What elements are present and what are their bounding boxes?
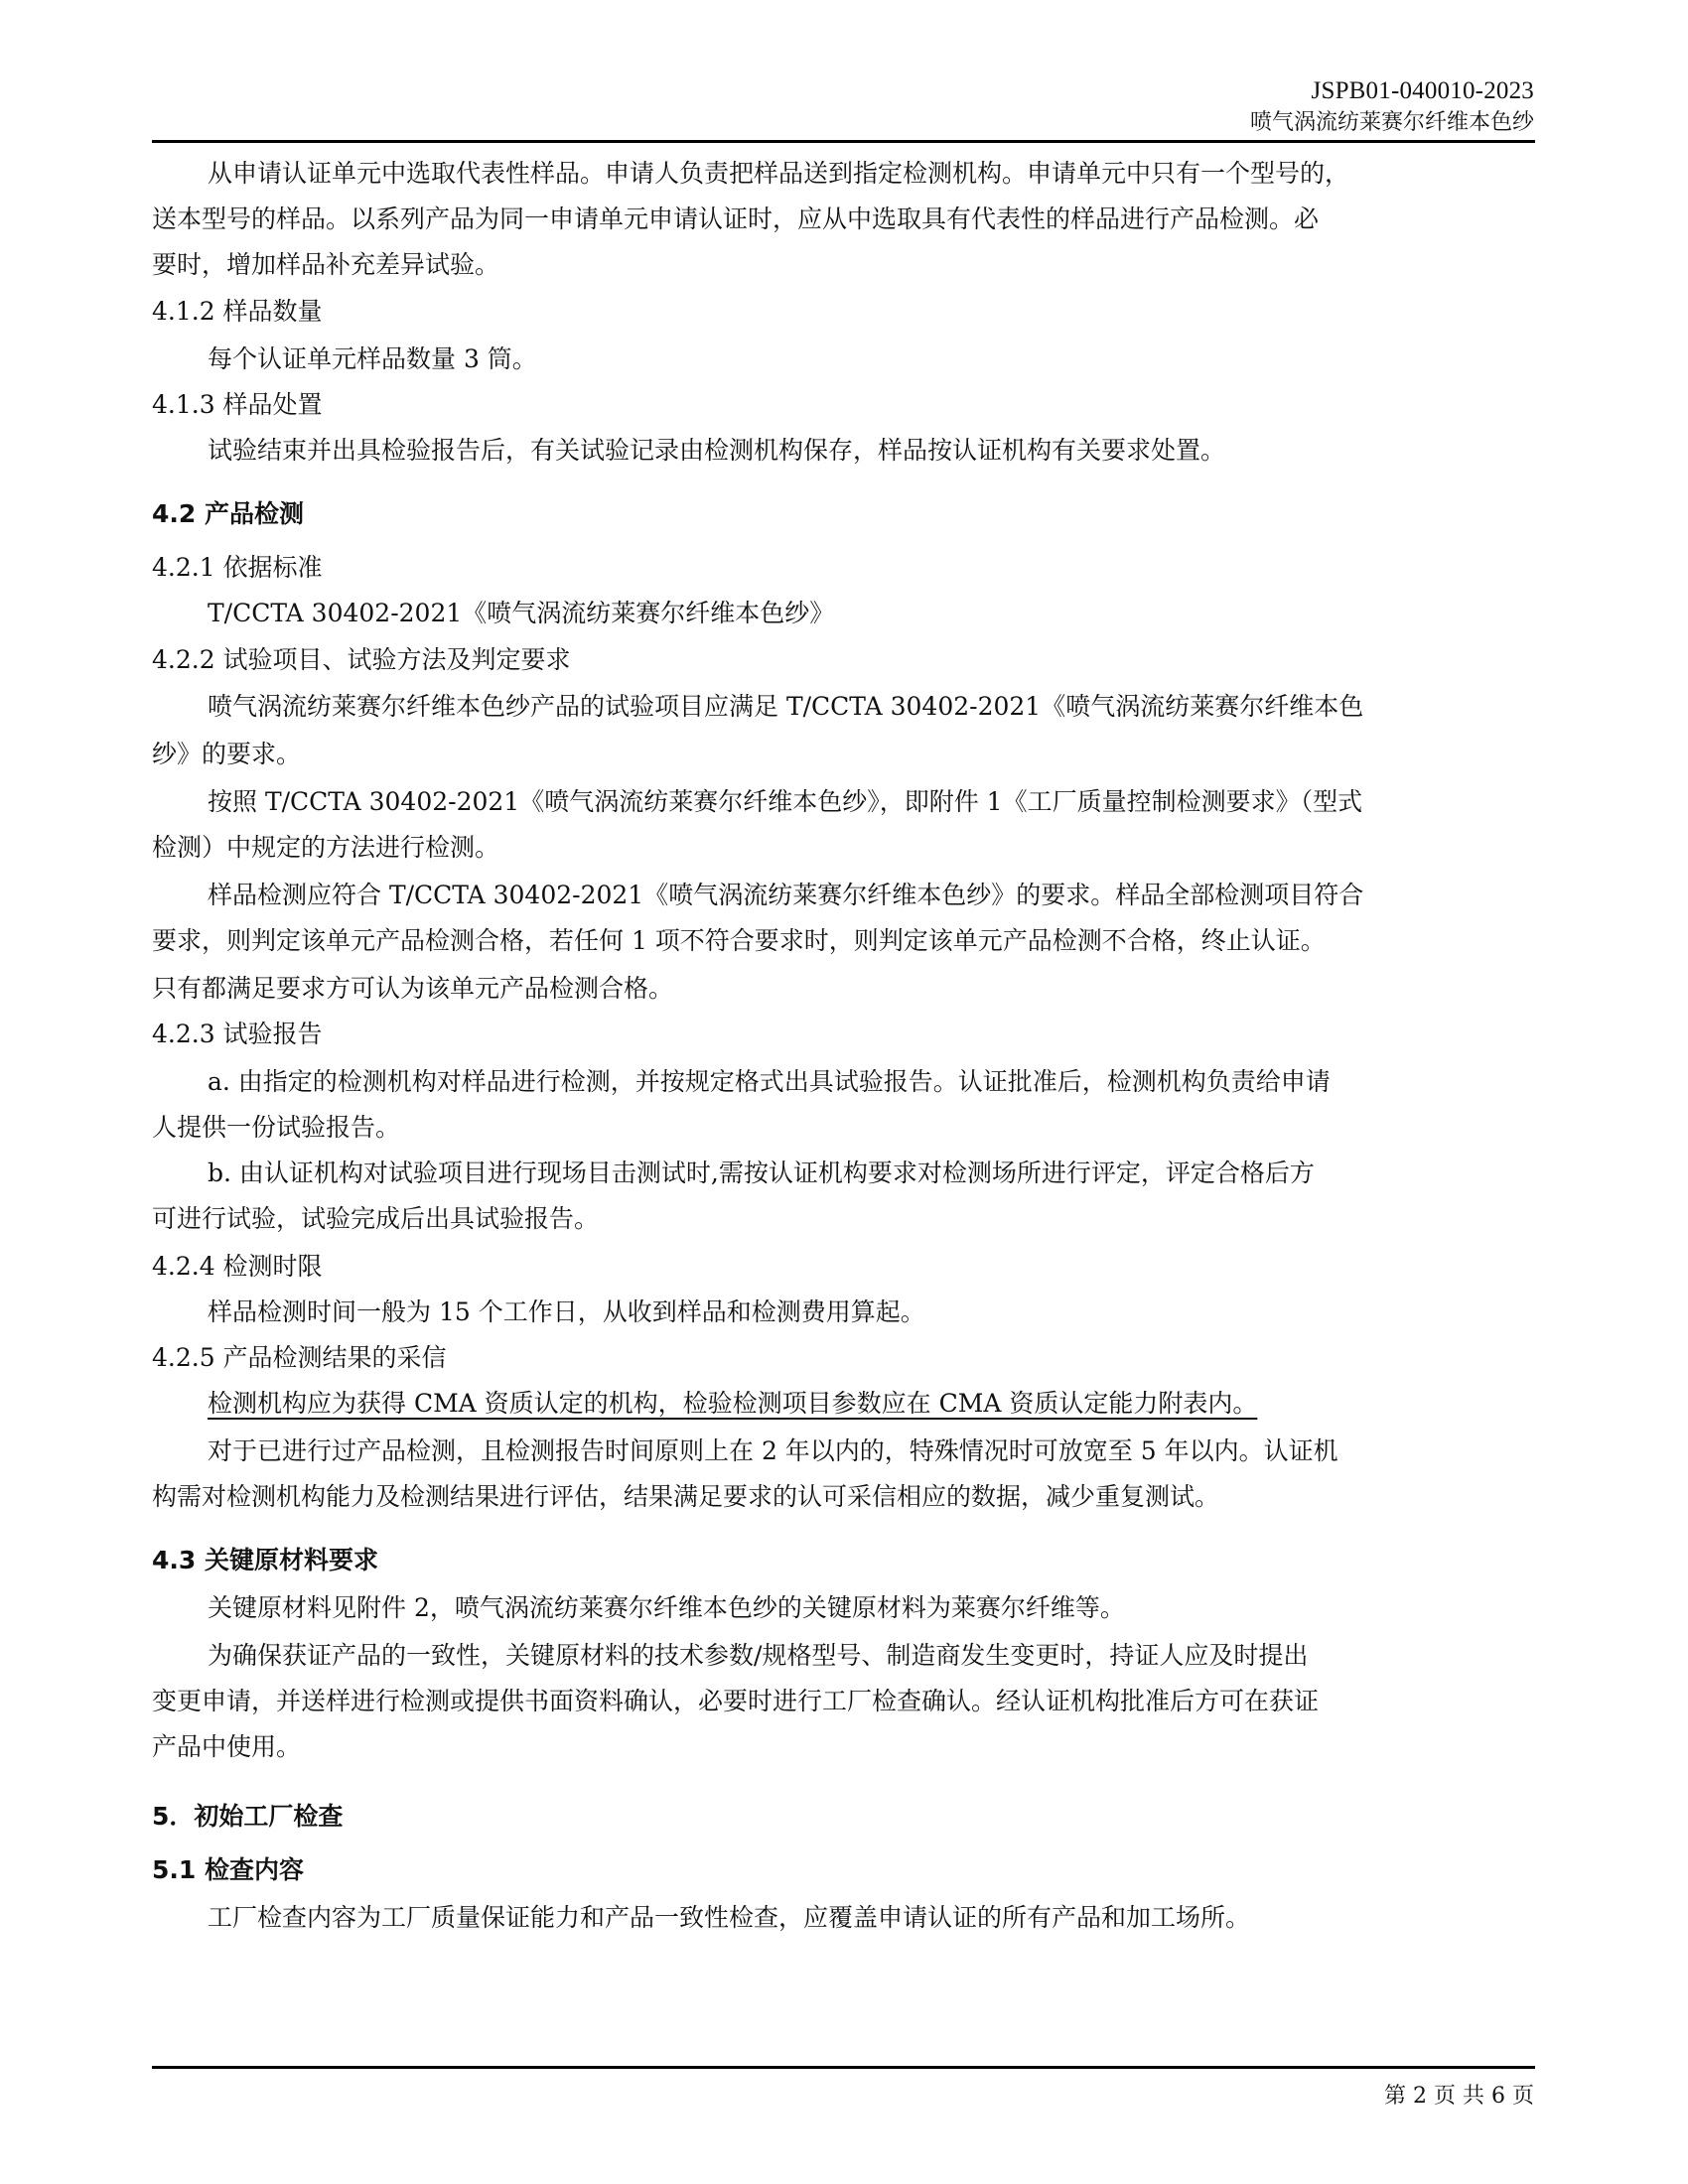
paragraph-line: 样品检测应符合 T/CCTA 30402-2021《喷气涡流纺莱赛尔纤维本色纱》… [208,880,1363,911]
paragraph-line: 喷气涡流纺莱赛尔纤维本色纱产品的试验项目应满足 T/CCTA 30402-202… [208,691,1363,723]
section-heading-5-1: 5.1 检查内容 [152,1854,304,1886]
section-heading-5: 5．初始工厂检查 [152,1801,343,1833]
paragraph-line: 要时，增加样品补充差异试验。 [152,249,499,281]
paragraph-line: 可进行试验，试验完成后出具试验报告。 [152,1203,599,1235]
section-heading-4-2-4: 4.2.4 检测时限 [152,1251,323,1283]
paragraph-line: 工厂检查内容为工厂质量保证能力和产品一致性检查，应覆盖申请认证的所有产品和加工场… [208,1902,1250,1934]
footer-divider [152,2066,1535,2069]
paragraph-line: 试验结束并出具检验报告后，有关试验记录由检测机构保存，样品按认证机构有关要求处置… [208,435,1225,467]
paragraph-line: b. 由认证机构对试验项目进行现场目击测试时,需按认证机构要求对检测场所进行评定… [208,1158,1315,1189]
paragraph-line: 送本型号的样品。以系列产品为同一申请单元申请认证时，应从中选取具有代表性的样品进… [152,204,1319,235]
standard-reference: T/CCTA 30402-2021《喷气涡流纺莱赛尔纤维本色纱》 [208,598,834,629]
paragraph-line: 构需对检测机构能力及检测结果进行评估，结果满足要求的认可采信相应的数据，减少重复… [152,1481,1219,1513]
paragraph-line: 为确保获证产品的一致性，关键原材料的技术参数/规格型号、制造商发生变更时，持证人… [208,1640,1308,1672]
paragraph-line: 检测）中规定的方法进行检测。 [152,832,499,864]
paragraph-line: 样品检测时间一般为 15 个工作日，从收到样品和检测费用算起。 [208,1297,925,1328]
section-heading-4-1-2: 4.1.2 样品数量 [152,296,323,328]
paragraph-line: a. 由指定的检测机构对样品进行检测，并按规定格式出具试验报告。认证批准后，检测… [208,1066,1331,1098]
section-heading-4-1-3: 4.1.3 样品处置 [152,389,323,421]
section-heading-4-2-1: 4.2.1 依据标准 [152,552,323,584]
underlined-requirement: 检测机构应为获得 CMA 资质认定的机构，检验检测项目参数应在 CMA 资质认定… [208,1388,1257,1420]
paragraph-line: 变更申请，并送样进行检测或提供书面资料确认，必要时进行工厂检查确认。经认证机构批… [152,1686,1319,1717]
paragraph-line: 按照 T/CCTA 30402-2021《喷气涡流纺莱赛尔纤维本色纱》，即附件 … [208,786,1362,818]
paragraph-line: 对于已进行过产品检测，且检测报告时间原则上在 2 年以内的，特殊情况时可放宽至 … [208,1435,1338,1467]
paragraph-line: 每个认证单元样品数量 3 筒。 [208,343,537,375]
section-heading-4-3: 4.3 关键原材料要求 [152,1545,378,1576]
paragraph-line: 纱》的要求。 [152,739,301,770]
paragraph-line: 从申请认证单元中选取代表性样品。申请人负责把样品送到指定检测机构。申请单元中只有… [208,158,1535,190]
header-divider [152,140,1535,143]
paragraph-line: 要求，则判定该单元产品检测合格，若任何 1 项不符合要求时，则判定该单元产品检测… [152,925,1326,957]
section-heading-4-2-3: 4.2.3 试验报告 [152,1019,323,1050]
section-heading-4-2-5: 4.2.5 产品检测结果的采信 [152,1342,447,1374]
section-heading-4-2-2: 4.2.2 试验项目、试验方法及判定要求 [152,644,571,676]
document-code: JSPB01-040010-2023 [1312,77,1534,105]
paragraph-line: 只有都满足要求方可认为该单元产品检测合格。 [152,973,673,1005]
document-title: 喷气涡流纺莱赛尔纤维本色纱 [1250,105,1534,136]
paragraph-line: 产品中使用。 [152,1731,301,1763]
paragraph-line: 关键原材料见附件 2，喷气涡流纺莱赛尔纤维本色纱的关键原材料为莱赛尔纤维等。 [208,1592,1125,1624]
page-number: 第 2 页 共 6 页 [1384,2079,1534,2110]
paragraph-line: 人提供一份试验报告。 [152,1112,400,1144]
section-heading-4-2: 4.2 产品检测 [152,498,304,530]
